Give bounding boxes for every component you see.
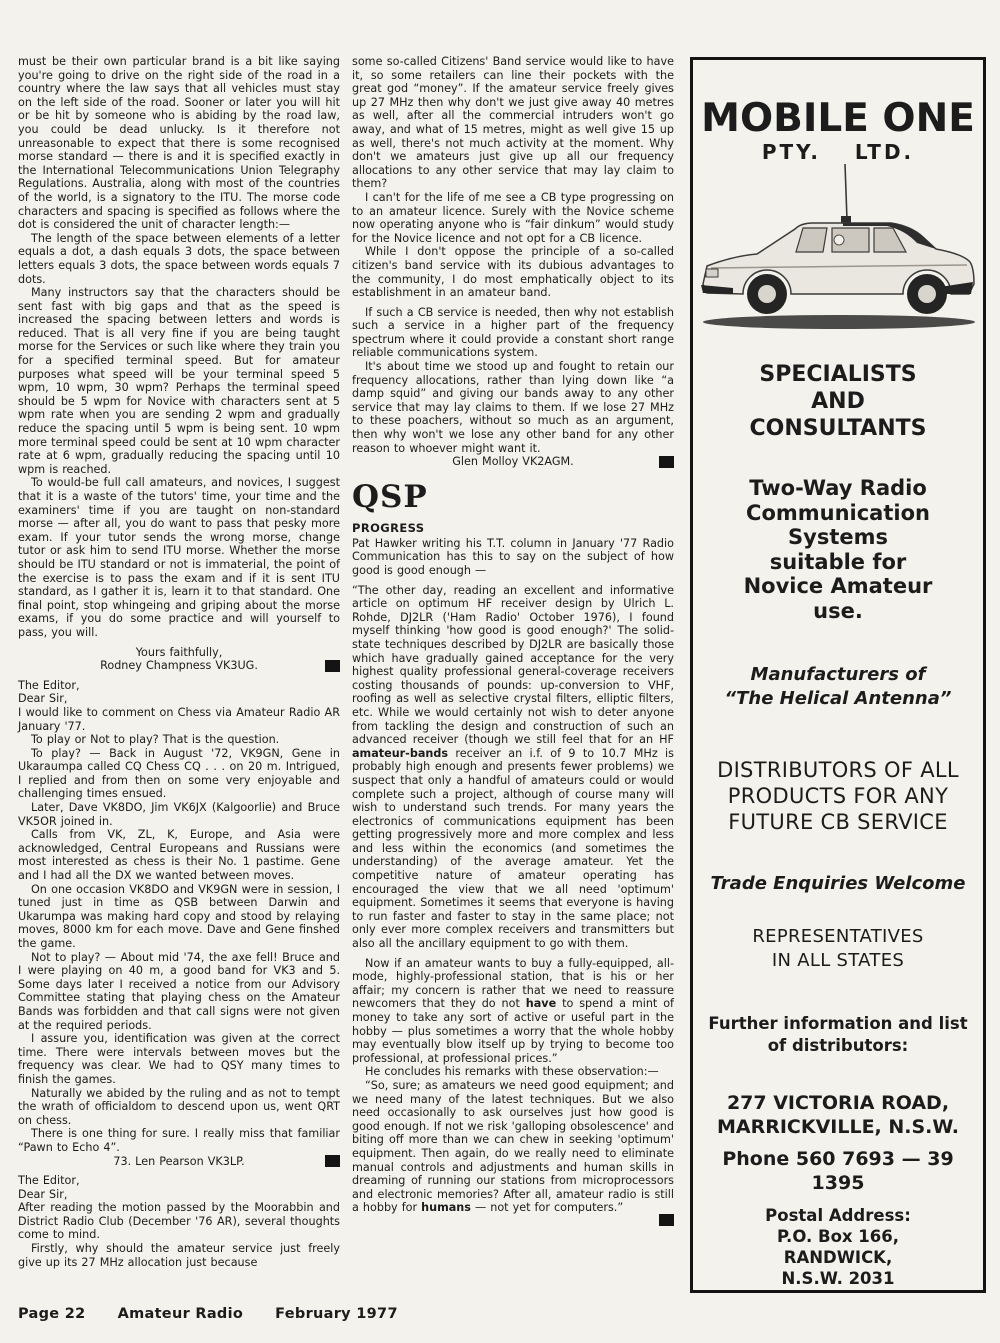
paragraph-text: Later, Dave VK8DO, Jim VK6JX (Kalgoorlie… xyxy=(18,801,340,828)
paragraph-text: The Editor, xyxy=(18,679,80,692)
letter-continuation: some so-called Citizens' Band service wo… xyxy=(352,55,674,469)
paragraph-text: If such a CB service is needed, then why… xyxy=(352,306,674,360)
paragraph-text: Not to play? — About mid '74, the axe fe… xyxy=(18,951,340,1032)
paragraph-text: — not yet for computers.” xyxy=(471,1201,623,1214)
paragraph: “The other day, reading an excellent and… xyxy=(352,584,674,951)
paragraph-text: On one occasion VK8DO and VK9GN were in … xyxy=(18,883,340,950)
paragraph: The length of the space between elements… xyxy=(18,232,340,286)
paragraph: must be their own particular brand is a … xyxy=(18,55,340,232)
signature-line: Yours faithfully, xyxy=(18,646,340,660)
paragraph-text: Dear Sir, xyxy=(18,692,67,705)
signature-line: Rodney Champness VK3UG. xyxy=(18,659,340,673)
car-with-antenna-photo xyxy=(693,164,983,359)
left-column: must be their own particular brand is a … xyxy=(18,55,340,1269)
paragraph: Later, Dave VK8DO, Jim VK6JX (Kalgoorlie… xyxy=(18,801,340,828)
paragraph: Dear Sir, xyxy=(18,1188,340,1202)
paragraph: There is one thing for sure. I really mi… xyxy=(18,1127,340,1154)
paragraph: To play or Not to play? That is the ques… xyxy=(18,733,340,747)
paragraph: If such a CB service is needed, then why… xyxy=(352,306,674,360)
paragraph-text: “The other day, reading an excellent and… xyxy=(352,584,674,747)
ad-phone-numbers: Phone 560 7693 — 39 1395 xyxy=(693,1147,983,1195)
end-of-letter-square-icon xyxy=(325,660,340,672)
paragraph-text: some so-called Citizens' Band service wo… xyxy=(352,55,674,190)
paragraph: Not to play? — About mid '74, the axe fe… xyxy=(18,951,340,1033)
headlight xyxy=(706,269,718,277)
paragraph-text: While I don't oppose the principle of a … xyxy=(352,245,674,299)
paragraph: Now if an amateur wants to buy a fully-e… xyxy=(352,957,674,1066)
paragraph-text: I can't for the life of me see a CB type… xyxy=(352,191,674,245)
paragraph-text: 73. Len Pearson VK3LP. xyxy=(113,1155,244,1168)
paragraph-text: I assure you, identification was given a… xyxy=(18,1032,340,1086)
driver-figure xyxy=(834,235,844,245)
paragraph: Calls from VK, ZL, K, Europe, and Asia w… xyxy=(18,828,340,882)
paragraph-text: Glen Molloy VK2AGM. xyxy=(452,455,573,468)
paragraph: Naturally we abided by the ruling and as… xyxy=(18,1087,340,1128)
paragraph-text: Many instructors say that the characters… xyxy=(18,286,340,476)
paragraph-text: I would like to comment on Chess via Ama… xyxy=(18,706,340,733)
paragraph-text: Pat Hawker writing his T.T. column in Ja… xyxy=(352,537,674,577)
magazine-page-scan: must be their own particular brand is a … xyxy=(0,0,1000,1343)
paragraph-text: Dear Sir, xyxy=(18,1188,67,1201)
paragraph: Firstly, why should the amateur service … xyxy=(18,1242,340,1269)
paragraph: Dear Sir, xyxy=(18,692,340,706)
mobile-one-advertisement: MOBILE ONE PTY. LTD. xyxy=(690,57,986,1293)
paragraph: To would-be full call amateurs, and novi… xyxy=(18,476,340,639)
paragraph-text: have xyxy=(526,997,556,1010)
front-hubcap xyxy=(758,285,776,303)
paragraph-text: The Editor, xyxy=(18,1174,80,1187)
ad-representatives-text: REPRESENTATIVES IN ALL STATES xyxy=(693,925,983,973)
ad-company-type: PTY. LTD. xyxy=(693,140,983,164)
paragraph-text: It's about time we stood up and fought t… xyxy=(352,360,674,455)
ad-postal-address: Postal Address: P.O. Box 166, RANDWICK, … xyxy=(693,1205,983,1289)
paragraph: To play? — Back in August '72, VK9GN, Ge… xyxy=(18,747,340,801)
paragraph-text: Yours faithfully, xyxy=(136,646,223,659)
paragraph-text: Firstly, why should the amateur service … xyxy=(18,1242,340,1269)
paragraph: I would like to comment on Chess via Ama… xyxy=(18,706,340,733)
paragraph-text: “So, sure; as amateurs we need good equi… xyxy=(352,1079,674,1214)
paragraph-text: Naturally we abided by the ruling and as… xyxy=(18,1087,340,1127)
ad-specialists-text: SPECIALISTS AND CONSULTANTS xyxy=(693,361,983,442)
paragraph: “So, sure; as amateurs we need good equi… xyxy=(352,1079,674,1215)
middle-column: some so-called Citizens' Band service wo… xyxy=(352,55,674,1227)
ad-two-way-radio-text: Two-Way Radio Communication Systems suit… xyxy=(693,476,983,623)
ad-street-address: 277 VICTORIA ROAD, MARRICKVILLE, N.S.W. xyxy=(693,1091,983,1139)
magazine-title: Amateur Radio xyxy=(118,1306,244,1322)
paragraph-text: After reading the motion passed by the M… xyxy=(18,1201,340,1241)
paragraph-text: must be their own particular brand is a … xyxy=(18,55,340,231)
issue-date: February 1977 xyxy=(275,1306,398,1322)
ad-further-information-text: Further information and list of distribu… xyxy=(693,1013,983,1057)
paragraph-text: Calls from VK, ZL, K, Europe, and Asia w… xyxy=(18,828,340,882)
paragraph-text: To would-be full call amateurs, and novi… xyxy=(18,476,340,639)
paragraph-text: The length of the space between elements… xyxy=(18,232,340,286)
paragraph-text: To play? — Back in August '72, VK9GN, Ge… xyxy=(18,747,340,801)
ad-company-name: MOBILE ONE xyxy=(693,98,983,140)
paragraph: While I don't oppose the principle of a … xyxy=(352,245,674,299)
paragraph-text: To play or Not to play? That is the ques… xyxy=(31,733,279,746)
signature-line: 73. Len Pearson VK3LP. xyxy=(18,1155,340,1169)
paragraph: I assure you, identification was given a… xyxy=(18,1032,340,1086)
paragraph: On one occasion VK8DO and VK9GN were in … xyxy=(18,883,340,951)
page-footer: Page 22Amateur RadioFebruary 1977 xyxy=(18,1306,430,1322)
paragraph-text: receiver an i.f. of 9 to 10.7 MHz is pro… xyxy=(352,747,674,950)
ad-manufacturers-text: Manufacturers of “The Helical Antenna” xyxy=(693,663,983,711)
progress-heading: PROGRESS xyxy=(352,522,674,535)
paragraph xyxy=(352,1215,674,1227)
paragraph-text: There is one thing for sure. I really mi… xyxy=(18,1127,340,1154)
paragraph: The Editor, xyxy=(18,679,340,693)
antenna-line xyxy=(845,164,847,220)
signature-line: Glen Molloy VK2AGM. xyxy=(352,455,674,469)
paragraph: I can't for the life of me see a CB type… xyxy=(352,191,674,245)
end-of-letter-square-icon xyxy=(325,1155,340,1167)
qsp-body: Pat Hawker writing his T.T. column in Ja… xyxy=(352,537,674,1227)
paragraph-text: Rodney Champness VK3UG. xyxy=(100,659,258,672)
paragraph: After reading the motion passed by the M… xyxy=(18,1201,340,1242)
ad-distributors-text: DISTRIBUTORS OF ALL PRODUCTS FOR ANY FUT… xyxy=(693,757,983,835)
paragraph: He concludes his remarks with these obse… xyxy=(352,1065,674,1079)
paragraph-text: He concludes his remarks with these obse… xyxy=(365,1065,659,1078)
paragraph: It's about time we stood up and fought t… xyxy=(352,360,674,455)
qsp-section-title: QSP xyxy=(352,481,674,514)
page-number: Page 22 xyxy=(18,1306,86,1322)
car-shadow xyxy=(703,315,975,329)
end-of-letter-square-icon xyxy=(659,1214,674,1226)
rear-hubcap xyxy=(918,285,936,303)
end-of-letter-square-icon xyxy=(659,456,674,468)
ad-trade-enquiries-text: Trade Enquiries Welcome xyxy=(693,873,983,895)
paragraph-text: humans xyxy=(421,1201,471,1214)
paragraph: Many instructors say that the characters… xyxy=(18,286,340,476)
paragraph: some so-called Citizens' Band service wo… xyxy=(352,55,674,191)
paragraph: The Editor, xyxy=(18,1174,340,1188)
paragraph-text: amateur-bands xyxy=(352,747,448,760)
paragraph: Pat Hawker writing his T.T. column in Ja… xyxy=(352,537,674,578)
